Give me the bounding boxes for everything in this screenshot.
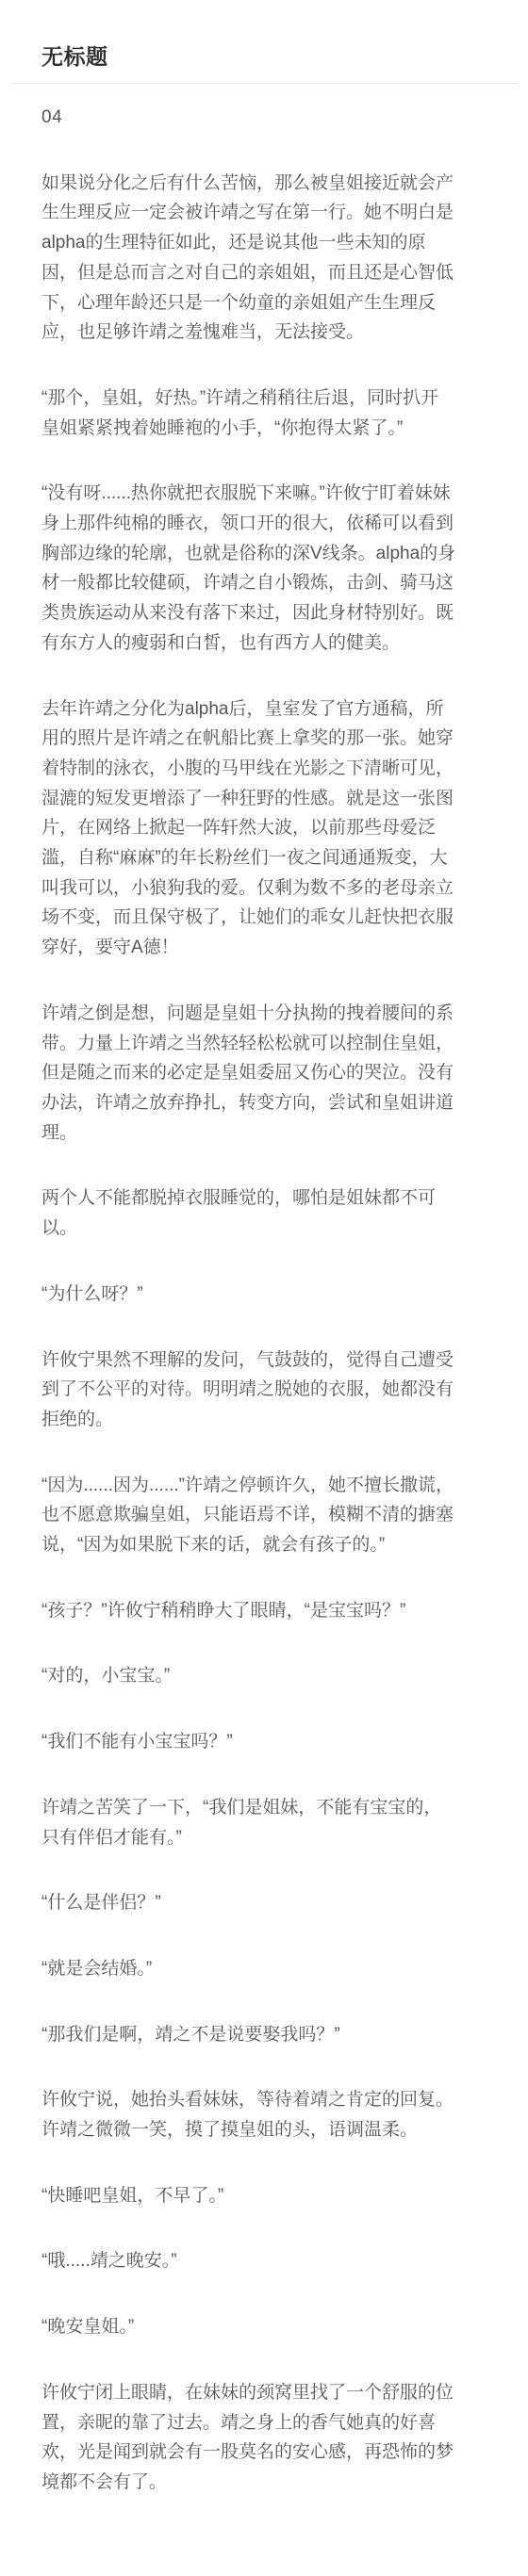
paragraph: 许攸宁说，她抬头看妹妹，等待着靖之肯定的回复。许靖之微微一笑，摸了摸皇姐的头，语…: [41, 2085, 456, 2144]
paragraph: “那我们是啊，靖之不是说要娶我吗？”: [41, 2020, 456, 2050]
paragraph: “孩子？”许攸宁稍稍睁大了眼睛，“是宝宝吗？”: [41, 1596, 456, 1626]
paragraph: 如果说分化之后有什么苦恼，那么被皇姐接近就会产生生理反应一定会被许靖之写在第一行…: [41, 169, 456, 348]
paragraph: 两个人不能都脱掉衣服睡觉的，哪怕是姐妹都不可以。: [41, 1183, 456, 1243]
paragraph: 去年许靖之分化为alpha后，皇室发了官方通稿，所用的照片是许靖之在帆船比赛上拿…: [41, 694, 456, 963]
paragraph: 许靖之倒是想，问题是皇姐十分执拗的拽着腰间的系带。力量上许靖之当然轻轻松松就可以…: [41, 999, 456, 1149]
paragraph: “就是会结婚。”: [41, 1954, 456, 1984]
section-number: 04: [41, 103, 456, 133]
document-body: 04 如果说分化之后有什么苦恼，那么被皇姐接近就会产生生理反应一定会被许靖之写在…: [0, 84, 456, 2498]
paragraph: “哦.....靖之晚安。”: [41, 2246, 456, 2276]
paragraph: “没有呀......热你就把衣服脱下来嘛。”许攸宁盯着妹妹身上那件纯棉的睡衣，领…: [41, 479, 456, 658]
paragraph: “对的，小宝宝。”: [41, 1661, 456, 1691]
note-page: 无标题 04 如果说分化之后有什么苦恼，那么被皇姐接近就会产生生理反应一定会被许…: [0, 0, 528, 2576]
paragraph: “什么是伴侣？”: [41, 1888, 456, 1918]
paragraph: “为什么呀？”: [41, 1280, 456, 1310]
paragraph: “那个，皇姐，好热。”许靖之稍稍往后退，同时扒开皇姐紧紧拽着她睡袍的小手，“你抱…: [41, 383, 456, 443]
paragraph: “因为......因为......”许靖之停顿许久，她不擅长撒谎，也不愿意欺骗皇…: [41, 1471, 456, 1560]
paragraph: “晚安皇姐。”: [41, 2312, 456, 2342]
paragraph: 许靖之苦笑了一下，“我们是姐妹，不能有宝宝的，只有伴侣才能有。”: [41, 1793, 456, 1852]
paragraph: 许攸宁闭上眼睛，在妹妹的颈窝里找了一个舒服的位置，亲昵的靠了过去。靖之身上的香气…: [41, 2378, 456, 2498]
paragraph: 许攸宁果然不理解的发问，气鼓鼓的，觉得自己遭受到了不公平的对待。明明靖之脱她的衣…: [41, 1345, 456, 1435]
paragraph: “我们不能有小宝宝吗？”: [41, 1727, 456, 1757]
paragraph: “快睡吧皇姐，不早了。”: [41, 2181, 456, 2211]
page-title: 无标题: [0, 0, 528, 71]
